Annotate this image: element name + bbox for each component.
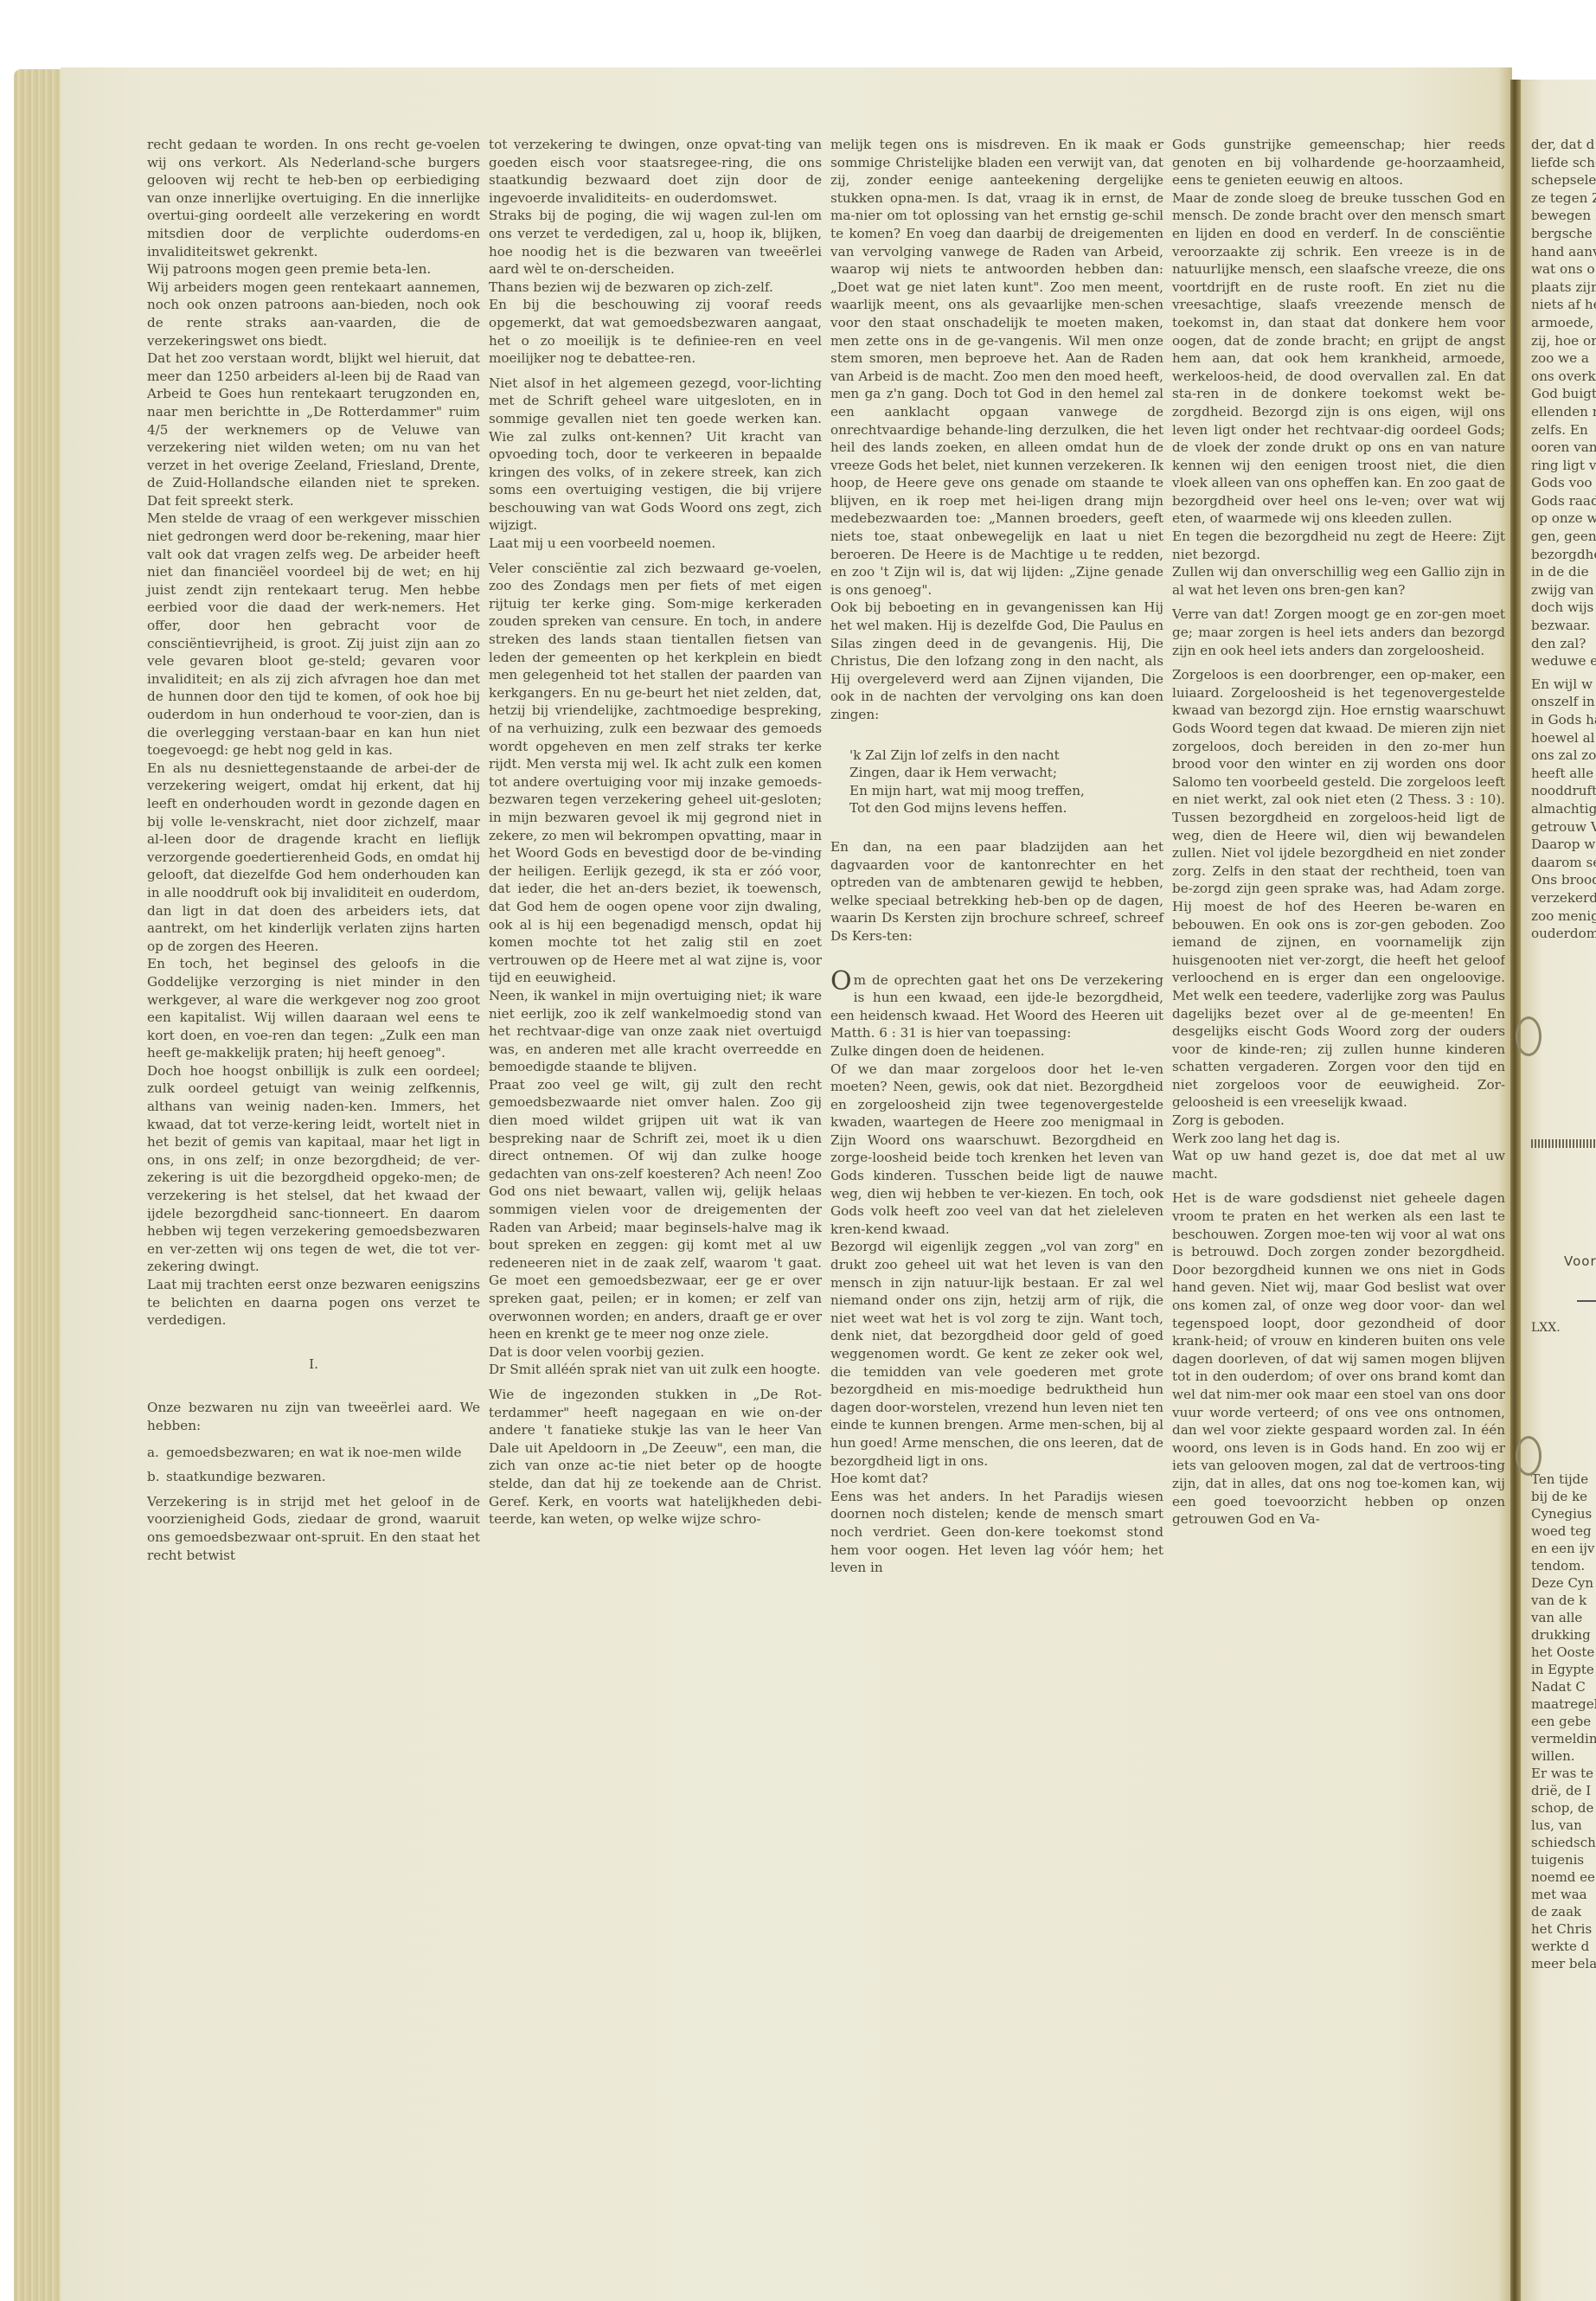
list-marker: a.: [147, 1444, 166, 1462]
drop-cap: O: [830, 973, 852, 990]
text-line: zoo menig: [1531, 907, 1596, 926]
text-line: in Egypte: [1531, 1661, 1596, 1678]
list-item: b. staatkundige bezwaren.: [147, 1468, 480, 1486]
paragraph: Men stelde de vraag of een werkgever mis…: [147, 510, 480, 759]
text-line: God buigt: [1531, 385, 1596, 403]
quoted-paragraph: Om de oprechten gaat het ons De verzeker…: [830, 971, 1163, 1042]
paragraph: Wie de ingezonden stukken in „De Rot-ter…: [489, 1386, 822, 1529]
text-line: En wijl w: [1531, 676, 1596, 694]
text-line: met waa: [1531, 1886, 1596, 1903]
text-line: daarom se: [1531, 854, 1596, 872]
text-line: woed teg: [1531, 1522, 1596, 1540]
text-line: verzekerd: [1531, 889, 1596, 907]
paragraph: En als nu desniettegenstaande de arbei-d…: [147, 760, 480, 956]
text-line: Daarop w: [1531, 836, 1596, 854]
verse-line: Tot den God mijns levens heffen.: [849, 799, 1163, 817]
paragraph: Wat op uw hand gezet is, doe dat met al …: [1172, 1147, 1505, 1183]
column-2: tot verzekering te dwingen, onze opvat-t…: [489, 136, 822, 1529]
paragraph: Straks bij de poging, die wij wagen zul-…: [489, 207, 822, 278]
paragraph: Niet alsof in het algemeen gezegd, voor-…: [489, 375, 822, 535]
binding-clip-icon: [1516, 1016, 1542, 1056]
text-line: zoo we a: [1531, 349, 1596, 368]
heading-rule: [1577, 1300, 1596, 1302]
verse-line: Zingen, daar ik Hem verwacht;: [849, 764, 1163, 782]
text-line: Ons brood: [1531, 871, 1596, 889]
text-line: liefde sche: [1531, 154, 1596, 172]
text-line: in Gods ha: [1531, 711, 1596, 729]
text-line: almachtig: [1531, 800, 1596, 818]
text-line: onszelf in: [1531, 693, 1596, 711]
text-line: nooddruft: [1531, 782, 1596, 800]
decorative-rule: [1531, 1139, 1596, 1148]
text-line: vermeldin: [1531, 1730, 1596, 1747]
quote-text: m de oprechten gaat het ons De verzekeri…: [830, 972, 1163, 1042]
text-line: hoewel al: [1531, 729, 1596, 747]
paragraph: Neen, ik wankel in mijn overtuiging niet…: [489, 987, 822, 1076]
paragraph: Gods gunstrijke gemeenschap; hier reeds …: [1172, 136, 1505, 189]
column-1: recht gedaan te worden. In ons recht ge-…: [147, 136, 480, 1564]
paragraph: En bij die beschouwing zij vooraf reeds …: [489, 296, 822, 367]
paragraph: Wij arbeiders mogen geen rentekaart aann…: [147, 279, 480, 349]
text-line: den zal?: [1531, 635, 1596, 653]
text-line: niets af he: [1531, 296, 1596, 314]
next-page-heading: Voor: [1564, 1253, 1596, 1269]
column-4: Gods gunstrijke gemeenschap; hier reeds …: [1172, 136, 1505, 1529]
text-line: het Ooste: [1531, 1644, 1596, 1661]
list-marker: b.: [147, 1468, 166, 1486]
text-line: zelfs. En: [1531, 421, 1596, 439]
list-text: gemoedsbezwaren; en wat ik noe-men wilde: [166, 1444, 461, 1462]
text-line: een gebe: [1531, 1713, 1596, 1730]
text-line: van alle: [1531, 1609, 1596, 1626]
paragraph: Wij patroons mogen geen premie beta-len.: [147, 260, 480, 279]
text-line: Ten tijde: [1531, 1471, 1596, 1488]
text-line: van de k: [1531, 1592, 1596, 1609]
text-line: heeft alle: [1531, 765, 1596, 783]
text-line: maatregel: [1531, 1695, 1596, 1713]
text-line: der, dat d: [1531, 136, 1596, 154]
text-line: drukking: [1531, 1626, 1596, 1644]
paragraph: Veler consciëntie zal zich bezwaard ge-v…: [489, 560, 822, 987]
text-line: op onze w: [1531, 510, 1596, 528]
paragraph: tot verzekering te dwingen, onze opvat-t…: [489, 136, 822, 207]
paragraph: Zullen wij dan onverschillig weg een Gal…: [1172, 563, 1505, 599]
text-line: Gods raad: [1531, 492, 1596, 510]
paragraph: Dat is door velen voorbij gezien.: [489, 1343, 822, 1362]
paragraph: Laat mij trachten eerst onze bezwaren ee…: [147, 1276, 480, 1330]
paragraph: melijk tegen ons is misdreven. En ik maa…: [830, 136, 1163, 599]
paragraph: En toch, het beginsel des geloofs in die…: [147, 955, 480, 1062]
paragraph: Het is de ware godsdienst niet geheele d…: [1172, 1189, 1505, 1528]
text-line: bezorgdhe: [1531, 546, 1596, 564]
text-line: Deze Cyn: [1531, 1574, 1596, 1592]
text-line: weduwe e: [1531, 652, 1596, 670]
text-line: het Chris: [1531, 1920, 1596, 1938]
text-line: Gods voo: [1531, 474, 1596, 492]
text-line: de zaak: [1531, 1903, 1596, 1920]
page-right-partial: der, dat dliefde scheschepselenze tegen …: [1521, 80, 1596, 2301]
paragraph: En dan, na een paar bladzijden aan het d…: [830, 838, 1163, 945]
text-line: getrouw V: [1531, 818, 1596, 836]
text-line: Nadat C: [1531, 1678, 1596, 1695]
text-line: ons zal zo: [1531, 747, 1596, 765]
text-line: werkte d: [1531, 1938, 1596, 1955]
book-gutter: [1510, 80, 1521, 2301]
text-line: bergsche: [1531, 225, 1596, 243]
paragraph: Werk zoo lang het dag is.: [1172, 1130, 1505, 1148]
text-line: ellenden n: [1531, 403, 1596, 421]
text-line: drië, de I: [1531, 1782, 1596, 1799]
text-line: ons overkw: [1531, 368, 1596, 386]
paragraph: Praat zoo veel ge wilt, gij zult den rec…: [489, 1076, 822, 1343]
text-line: schiedsch: [1531, 1834, 1596, 1851]
text-line: schepselen: [1531, 171, 1596, 189]
next-page-section: LXX.: [1531, 1321, 1561, 1335]
psalm-verse: 'k Zal Zijn lof zelfs in den nacht Zinge…: [849, 747, 1163, 817]
paragraph: Laat mij u een voorbeeld noemen.: [489, 535, 822, 553]
text-line: schop, de: [1531, 1799, 1596, 1817]
paragraph: Bezorgd wil eigenlijk zeggen „vol van zo…: [830, 1238, 1163, 1470]
text-line: gen, geen: [1531, 528, 1596, 546]
text-line: Cynegius: [1531, 1505, 1596, 1522]
text-line: armoede, z: [1531, 314, 1596, 332]
text-line: lus, van: [1531, 1817, 1596, 1834]
text-line: noemd ee: [1531, 1868, 1596, 1886]
paragraph: Of we dan maar zorgeloos door het le-ven…: [830, 1061, 1163, 1239]
paragraph: Maar de zonde sloeg de breuke tusschen G…: [1172, 189, 1505, 528]
text-line: ring ligt v: [1531, 457, 1596, 475]
next-page-column-2: Ten tijdebij de keCynegiuswoed tegen een…: [1531, 1471, 1596, 1972]
text-line: plaats zijn: [1531, 279, 1596, 297]
text-line: bij de ke: [1531, 1488, 1596, 1505]
paragraph: Thans bezien wij de bezwaren op zich-zel…: [489, 279, 822, 297]
paragraph: Eens was het anders. In het Paradijs wie…: [830, 1488, 1163, 1577]
list-text: staatkundige bezwaren.: [166, 1468, 326, 1486]
text-line: tuigenis: [1531, 1851, 1596, 1868]
text-line: bezwaar.: [1531, 617, 1596, 635]
paragraph: Dat het zoo verstaan wordt, blijkt wel h…: [147, 349, 480, 510]
text-line: wat ons o: [1531, 260, 1596, 279]
text-line: hand aanv: [1531, 243, 1596, 261]
text-line: en een ijv: [1531, 1540, 1596, 1557]
text-line: in de die: [1531, 563, 1596, 581]
section-intro: Onze bezwaren nu zijn van tweeërlei aard…: [147, 1399, 480, 1434]
verse-line: 'k Zal Zijn lof zelfs in den nacht: [849, 747, 1163, 765]
paragraph: Doch hoe hoogst onbillijk is zulk een oo…: [147, 1062, 480, 1276]
column-3: melijk tegen ons is misdreven. En ik maa…: [830, 136, 1163, 1577]
section-number: I.: [147, 1356, 480, 1374]
paragraph: Zorg is geboden.: [1172, 1112, 1505, 1130]
text-line: meer bela: [1531, 1955, 1596, 1972]
verse-line: En mijn hart, wat mij moog treffen,: [849, 782, 1163, 800]
binding-clip-icon: [1516, 1436, 1542, 1476]
objection-list: a. gemoedsbezwaren; en wat ik noe-men wi…: [147, 1444, 480, 1486]
paragraph: Verre van dat! Zorgen moogt ge en zor-ge…: [1172, 606, 1505, 659]
text-line: bewegen I: [1531, 207, 1596, 225]
text-line: ooren van: [1531, 439, 1596, 457]
paragraph: recht gedaan te worden. In ons recht ge-…: [147, 136, 480, 260]
list-item: a. gemoedsbezwaren; en wat ik noe-men wi…: [147, 1444, 480, 1462]
next-page-column: der, dat dliefde scheschepselenze tegen …: [1531, 136, 1596, 943]
page-stack-edges: [14, 69, 66, 2301]
text-line: ouderdom: [1531, 925, 1596, 943]
text-line: zwijg van: [1531, 581, 1596, 599]
text-line: Er was te: [1531, 1765, 1596, 1782]
paragraph: Zorgeloos is een doorbrenger, een op-mak…: [1172, 666, 1505, 1112]
paragraph: En tegen die bezorgdheid nu zegt de Heer…: [1172, 528, 1505, 563]
text-line: zij, hoe on: [1531, 332, 1596, 350]
paragraph: Hoe komt dat?: [830, 1470, 1163, 1488]
text-line: ze tegen Z: [1531, 189, 1596, 208]
paragraph: Verzekering is in strijd met het geloof …: [147, 1493, 480, 1564]
paragraph: Zulke dingen doen de heidenen.: [830, 1042, 1163, 1061]
paragraph: Ook bij beboeting en in gevangenissen ka…: [830, 599, 1163, 723]
text-line: willen.: [1531, 1747, 1596, 1765]
text-line: doch wijs: [1531, 599, 1596, 617]
text-line: tendom.: [1531, 1557, 1596, 1574]
paragraph: Dr Smit alléén sprak niet van uit zulk e…: [489, 1361, 822, 1379]
